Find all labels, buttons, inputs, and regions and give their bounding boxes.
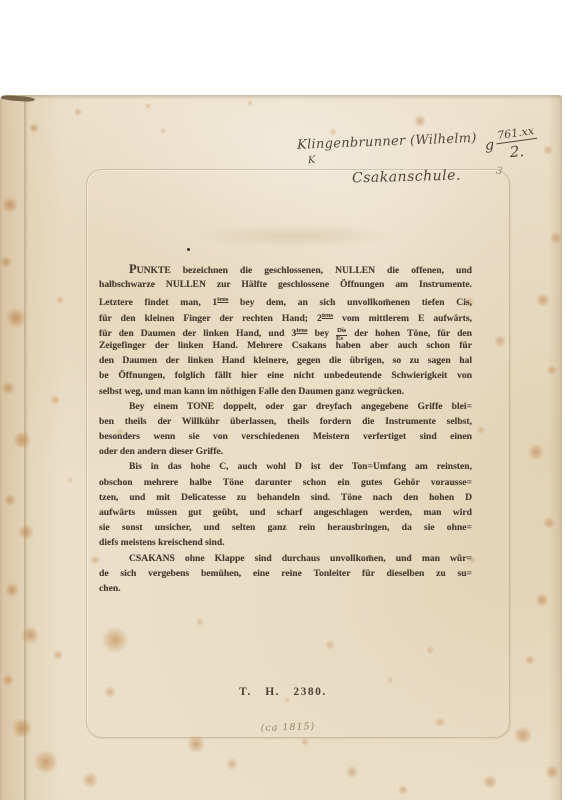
text-line: halbschwarze NULLEN zur Hälfte geschloss… [99, 277, 472, 292]
text-line: Zeigefinger der linken Hand. Mehrere Csa… [99, 338, 472, 353]
text-line: be Öffnungen, folglich fällt hier eine n… [99, 368, 472, 383]
text-line: selbst weg, und man kann im nöthigen Fal… [99, 384, 472, 399]
text-line: de sich vergebens bemühen, eine reine To… [99, 566, 472, 581]
text-line: besonders wenn sie von verschiedenen Mei… [99, 429, 472, 444]
text-line: PUNKTE bezeichnen die geschlossenen, NUL… [99, 262, 472, 277]
text-line: für den kleinen Finger der rechten Hand;… [99, 308, 472, 323]
printed-text: PUNKTE bezeichnen die geschlossenen, NUL… [99, 262, 472, 596]
text-line: chen. [99, 581, 472, 596]
text-line: sie sonst unsicher, und selten ganz rein… [99, 520, 472, 535]
text-line: tzen, und mit Delicatesse zu behandeln s… [99, 490, 472, 505]
text-line: Letztere findet man, 1tens bey dem, an s… [99, 292, 472, 307]
shelfmark-prefix: g [485, 137, 495, 154]
plate-number: T. H. 2380. [0, 686, 566, 698]
text-line: diefs meistens kreischend sind. [99, 535, 472, 550]
handwritten-shelfmark: g761.xx2. [484, 125, 538, 163]
text-line: aufwärts müssen gut geübt, und scharf an… [99, 505, 472, 520]
ghost-title-smudge [196, 224, 396, 248]
text-line: CSAKANS ohne Klappe sind durchaus unvoll… [99, 551, 472, 566]
scan-background: Klingenbrunner (Wilhelm) K g761.xx2. Csa… [0, 0, 566, 800]
text-line: obschon mehrere halbe Töne darunter scho… [99, 475, 472, 490]
text-line: Bis in das hohe C, auch wohl D ist der T… [99, 459, 472, 474]
text-line: für den Daumen der linken Hand, und 3ten… [99, 323, 472, 338]
shelfmark-fraction: 761.xx2. [495, 125, 538, 162]
handwritten-initial-note: K [308, 155, 316, 166]
text-line: oder den andern dieser Griffe. [99, 444, 472, 459]
text-line: den Daumen der linken Hand kleinere, geg… [99, 353, 472, 368]
text-line: ben theils der Willkühr überlassen, thei… [99, 414, 472, 429]
handwritten-title-note: Csakanschule. [352, 168, 461, 187]
text-line: Bey einem TONE doppelt, oder gar dreyfac… [99, 399, 472, 414]
